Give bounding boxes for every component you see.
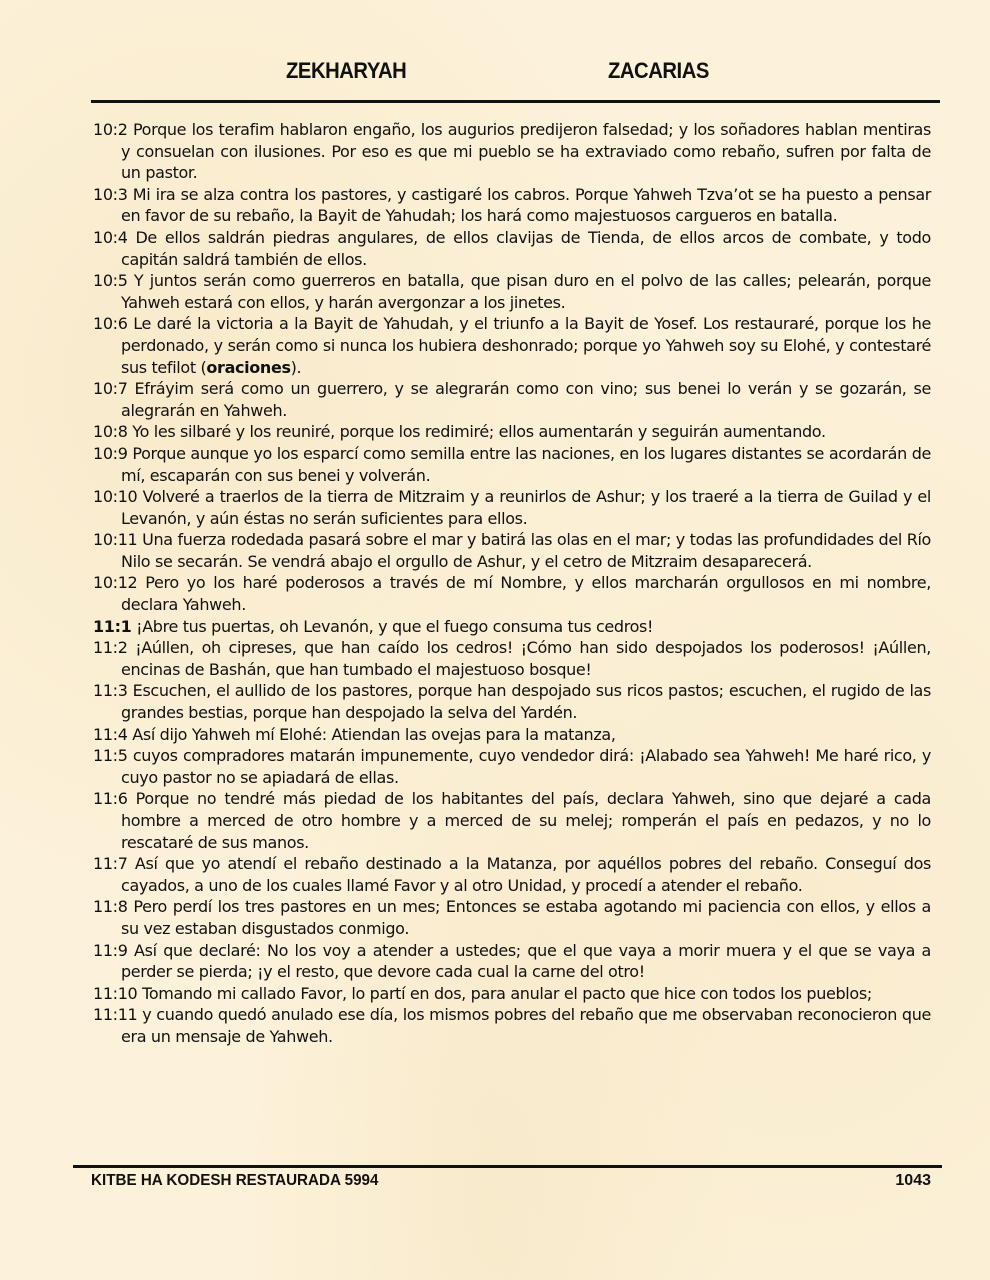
verse-11-9: 11:9 Así que declaré: No los voy a atend…	[93, 940, 931, 983]
verse-text: Escuchen, el aullido de los pastores, po…	[121, 681, 931, 722]
verse-ref: 11:6	[93, 789, 128, 808]
page-number: 1043	[895, 1172, 931, 1190]
verse-11-6: 11:6 Porque no tendré más piedad de los …	[93, 788, 931, 853]
verse-ref: 10:7	[93, 379, 128, 398]
page-footer: KITBE HA KODESH RESTAURADA 5994 1043	[91, 1172, 931, 1194]
header-divider	[91, 100, 940, 103]
verse-ref: 10:5	[93, 271, 128, 290]
verse-11-2: 11:2 ¡Aúllen, oh cipreses, que han caído…	[93, 637, 931, 680]
verse-text: Y juntos serán como guerreros en batalla…	[121, 271, 931, 312]
verse-10-9: 10:9 Porque aunque yo los esparcí como s…	[93, 443, 931, 486]
verse-text: ¡Aúllen, oh cipreses, que han caído los …	[121, 638, 931, 679]
verse-11-8: 11:8 Pero perdí los tres pastores en un …	[93, 896, 931, 939]
page-header: ZEKHARYAH ZACARIAS	[91, 58, 940, 88]
footer-divider	[73, 1165, 942, 1168]
verse-ref: 11:11	[93, 1005, 137, 1024]
verse-11-11: 11:11 y cuando quedó anulado ese día, lo…	[93, 1004, 931, 1047]
verse-text: Porque no tendré más piedad de los habit…	[121, 789, 931, 851]
verse-text: Efráyim será como un guerrero, y se aleg…	[121, 379, 931, 420]
verse-text: Porque aunque yo los esparcí como semill…	[121, 444, 931, 485]
verse-11-5: 11:5 cuyos compradores matarán impunemen…	[93, 745, 931, 788]
verse-ref: 10:12	[93, 573, 137, 592]
verse-ref: 10:4	[93, 228, 128, 247]
verse-10-3: 10:3 Mi ira se alza contra los pastores,…	[93, 184, 931, 227]
verse-11-7: 11:7 Así que yo atendí el rebaño destina…	[93, 853, 931, 896]
verse-10-11: 10:11 Una fuerza rodedada pasará sobre e…	[93, 529, 931, 572]
hebrew-book-title: ZEKHARYAH	[286, 58, 406, 84]
verse-text: Yo les silbaré y los reuniré, porque los…	[128, 422, 826, 441]
verse-text: Así dijo Yahweh mí Elohé: Atiendan las o…	[128, 725, 616, 744]
verse-10-10: 10:10 Volveré a traerlos de la tierra de…	[93, 486, 931, 529]
verse-ref: 11:2	[93, 638, 128, 657]
verse-ref: 10:8	[93, 422, 128, 441]
verse-text: y cuando quedó anulado ese día, los mism…	[121, 1005, 931, 1046]
verse-10-5: 10:5 Y juntos serán como guerreros en ba…	[93, 270, 931, 313]
verse-list: 10:2 Porque los terafim hablaron engaño,…	[93, 119, 931, 1048]
verse-10-4: 10:4 De ellos saldrán piedras angulares,…	[93, 227, 931, 270]
verse-ref: 10:3	[93, 185, 128, 204]
verse-bold-gloss: oraciones	[206, 358, 290, 377]
verse-10-7: 10:7 Efráyim será como un guerrero, y se…	[93, 378, 931, 421]
verse-ref: 10:6	[93, 314, 128, 333]
verse-ref: 11:8	[93, 897, 128, 916]
verse-text: Así que yo atendí el rebaño destinado a …	[121, 854, 931, 895]
verse-text: cuyos compradores matarán impunemente, c…	[121, 746, 931, 787]
verse-ref: 10:2	[93, 120, 128, 139]
verse-ref: 10:11	[93, 530, 137, 549]
verse-11-10: 11:10 Tomando mi callado Favor, lo partí…	[93, 983, 931, 1005]
verse-text: ¡Abre tus puertas, oh Levanón, y que el …	[131, 617, 653, 636]
book-title: KITBE HA KODESH RESTAURADA 5994	[91, 1172, 378, 1190]
verse-ref: 11:10	[93, 984, 137, 1003]
verse-text: De ellos saldrán piedras angulares, de e…	[121, 228, 931, 269]
verse-text-end: ).	[291, 358, 302, 377]
verse-ref: 11:7	[93, 854, 128, 873]
verse-text: Mi ira se alza contra los pastores, y ca…	[121, 185, 931, 226]
verse-ref: 11:3	[93, 681, 128, 700]
verse-ref: 10:10	[93, 487, 137, 506]
verse-text: Así que declaré: No los voy a atender a …	[121, 941, 931, 982]
verse-10-2: 10:2 Porque los terafim hablaron engaño,…	[93, 119, 931, 184]
verse-ref: 11:5	[93, 746, 128, 765]
chapter-start-ref: 11:1	[93, 617, 131, 636]
verse-11-4: 11:4 Así dijo Yahweh mí Elohé: Atiendan …	[93, 724, 931, 746]
verse-text: Volveré a traerlos de la tierra de Mitzr…	[121, 487, 931, 528]
verse-ref: 10:9	[93, 444, 128, 463]
verse-ref: 11:9	[93, 941, 128, 960]
verse-text: Porque los terafim hablaron engaño, los …	[121, 120, 931, 182]
verse-10-6: 10:6 Le daré la victoria a la Bayit de Y…	[93, 313, 931, 378]
verse-11-1: 11:1 ¡Abre tus puertas, oh Levanón, y qu…	[93, 616, 931, 638]
spanish-book-title: ZACARIAS	[608, 58, 709, 84]
verse-text: Tomando mi callado Favor, lo partí en do…	[137, 984, 871, 1003]
verse-10-12: 10:12 Pero yo los haré poderosos a travé…	[93, 572, 931, 615]
verse-11-3: 11:3 Escuchen, el aullido de los pastore…	[93, 680, 931, 723]
verse-text: Pero perdí los tres pastores en un mes; …	[121, 897, 931, 938]
verse-ref: 11:4	[93, 725, 128, 744]
verse-text: Una fuerza rodedada pasará sobre el mar …	[121, 530, 931, 571]
verse-text: Pero yo los haré poderosos a través de m…	[121, 573, 931, 614]
verse-10-8: 10:8 Yo les silbaré y los reuniré, porqu…	[93, 421, 931, 443]
